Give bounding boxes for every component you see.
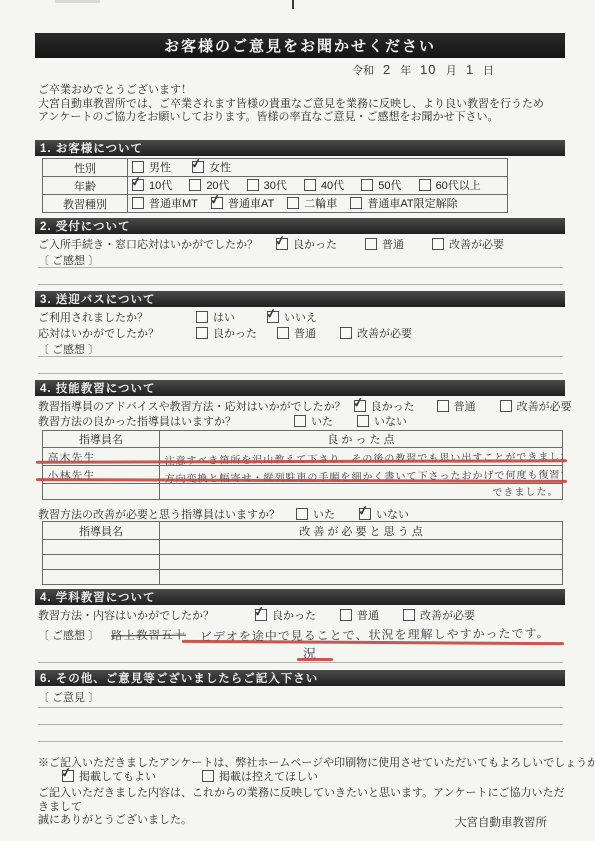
- checkbox-age-60s-plus[interactable]: 60代以上: [419, 177, 481, 193]
- option-label: 10代: [149, 177, 172, 193]
- lecture-question: 教習方法・内容はいかがでしたか？: [38, 607, 243, 623]
- checkbox-box: [132, 197, 144, 209]
- option-label: いいえ: [284, 309, 317, 325]
- checkbox-age-30s[interactable]: 30代: [247, 177, 287, 193]
- checkbox-at-limit-release[interactable]: 普通車AT限定解除: [350, 195, 457, 211]
- checkbox-box: [419, 179, 431, 191]
- checkbox-box: [62, 770, 74, 782]
- checkbox-bus-normal[interactable]: 普通: [277, 325, 316, 341]
- intro-line-3: アンケートのご協力をお願いしております。皆様の率直なご意見・ご感想をお聞かせ下さ…: [38, 111, 565, 125]
- skill-improve-question-row: 教習方法の改善が必要と思う指導員はいますか？ いた いない: [38, 506, 409, 522]
- checkbox-lecture-needs-improvement[interactable]: 改善が必要: [403, 607, 475, 623]
- checkbox-box: [296, 508, 308, 520]
- checkbox-box: [192, 161, 204, 173]
- checkbox-box: [359, 508, 371, 520]
- checkbox-bus-good[interactable]: 良かった: [196, 325, 257, 341]
- other-feedback-label: 〔 ご意見 〕: [38, 689, 99, 705]
- checkbox-box: [211, 197, 223, 209]
- intro-line-2: 大宮自動車教習所では、ご卒業されます皆様の貴重なご意見を業務に反映し、より良い教…: [38, 98, 565, 112]
- option-label: 改善が必要: [420, 607, 475, 623]
- checkbox-reception-good[interactable]: 良かった: [276, 236, 337, 252]
- checkbox-female[interactable]: 女性: [192, 159, 231, 175]
- scan-smudge: [55, 0, 100, 3]
- intro-paragraph: ご卒業おめでとうございます！ 大宮自動車教習所では、ご卒業されます皆様の貴重なご…: [38, 84, 565, 125]
- skill-advice-question: 教習指導員のアドバイスや教習方法・応対はいかがでしたか？: [38, 398, 346, 414]
- other-feedback-line-3[interactable]: [38, 741, 563, 742]
- checkbox-box: [196, 327, 208, 339]
- improve-point-empty-3[interactable]: [160, 570, 563, 585]
- improve-point-empty-1[interactable]: [160, 540, 563, 555]
- other-feedback-line-2[interactable]: [38, 724, 563, 725]
- option-label: 普通: [357, 607, 379, 623]
- improve-point-empty-2[interactable]: [160, 555, 563, 570]
- checkbox-box: [277, 327, 289, 339]
- checkbox-box: [294, 415, 306, 427]
- checkbox-box: [365, 238, 377, 250]
- reception-feedback-label: 〔 ご感想 〕: [38, 252, 99, 268]
- checkbox-age-50s[interactable]: 50代: [361, 177, 401, 193]
- option-label: 掲載してもよい: [79, 768, 156, 784]
- option-label: 男性: [149, 159, 171, 175]
- option-label: いた: [313, 506, 335, 522]
- option-label: 普通車AT: [228, 195, 274, 211]
- checkbox-box: [357, 415, 369, 427]
- bus-feedback-line-1[interactable]: [38, 356, 563, 357]
- intro-line-1: ご卒業おめでとうございます！: [38, 84, 565, 98]
- row-label-gender: 性別: [43, 159, 128, 177]
- option-label: 20代: [206, 177, 229, 193]
- option-label: いない: [374, 413, 407, 429]
- option-label: 女性: [209, 159, 231, 175]
- reception-question: ご入所手続き・窓口応対はいかがでしたか？: [38, 236, 258, 252]
- checkbox-box: [255, 609, 267, 621]
- option-label: 改善が必要: [449, 236, 504, 252]
- checkbox-box: [189, 179, 201, 191]
- option-label: 60代以上: [436, 177, 481, 193]
- reception-feedback-line-2[interactable]: [38, 284, 563, 285]
- scan-tick-mark: [292, 0, 294, 9]
- checkbox-box: [267, 311, 279, 323]
- checkbox-box: [437, 400, 449, 412]
- checkbox-publish-ok[interactable]: 掲載してもよい: [62, 768, 156, 784]
- section-customer-header: 1. お客様について: [35, 140, 565, 156]
- checkbox-publish-refrain[interactable]: 掲載は控えてほしい: [202, 768, 318, 784]
- checkbox-bus-no[interactable]: いいえ: [267, 309, 317, 325]
- checkbox-age-20s[interactable]: 20代: [189, 177, 229, 193]
- checkbox-box: [354, 400, 366, 412]
- option-label: 50代: [378, 177, 401, 193]
- section-reception-header: 2. 受付について: [35, 218, 565, 234]
- option-label: 普通: [382, 236, 404, 252]
- instructor-name-kobayashi[interactable]: 小林先生: [42, 465, 159, 484]
- option-label: 二輪車: [304, 195, 337, 211]
- option-label: 良かった: [272, 607, 316, 623]
- improve-name-empty-3[interactable]: [43, 570, 160, 585]
- option-label: 普通車MT: [149, 195, 198, 211]
- checkbox-skill-normal[interactable]: 普通: [437, 398, 476, 414]
- checkbox-box: [361, 179, 373, 191]
- option-label: 普通: [454, 398, 476, 414]
- date-year-unit: 年: [400, 62, 411, 78]
- checkbox-box: [247, 179, 259, 191]
- date-month-value: 10: [420, 62, 437, 78]
- checkbox-reception-normal[interactable]: 普通: [365, 236, 404, 252]
- col-header-instructor-name: 指導員名: [43, 522, 160, 540]
- checkbox-box: [350, 197, 362, 209]
- checkbox-box: [403, 609, 415, 621]
- skill-good-instructor-question: 教習方法の良かった指導員はいますか？: [38, 413, 286, 429]
- skill-improve-question: 教習方法の改善が必要と思う指導員はいますか？: [38, 506, 280, 522]
- date-year-value: 2: [383, 62, 392, 77]
- checkbox-bus-yes[interactable]: はい: [196, 309, 235, 325]
- checkbox-good-instructor-no[interactable]: いない: [357, 413, 407, 429]
- crossed-out-handwriting: 路上教習五十: [111, 626, 186, 643]
- checkbox-age-40s[interactable]: 40代: [304, 177, 344, 193]
- improve-name-empty-1[interactable]: [43, 540, 160, 555]
- checkbox-box: [276, 238, 288, 250]
- bus-service-question-row: 応対はいかがでしたか？ 良かった 普通 改善が必要: [38, 325, 412, 341]
- school-signature: 大宮自動車教習所: [455, 814, 547, 830]
- checkbox-box: [132, 161, 144, 173]
- section-bus-header: 3. 送迎バスについて: [35, 291, 565, 307]
- option-label: 改善が必要: [357, 325, 412, 341]
- checkbox-box: [432, 238, 444, 250]
- improve-instructor-table: 指導員名 改 善 が 必 要 と 思 う 点: [42, 521, 563, 585]
- checkbox-box: [287, 197, 299, 209]
- checkbox-box: [340, 327, 352, 339]
- date-day-value: 1: [465, 62, 474, 77]
- checkbox-car-at[interactable]: 普通車AT: [211, 195, 274, 211]
- option-label: 改善が必要: [517, 398, 572, 414]
- checkbox-lecture-good[interactable]: 良かった: [255, 607, 316, 623]
- checkbox-box: [132, 179, 144, 191]
- checkbox-box: [340, 609, 352, 621]
- page-title: お客様のご意見をお聞かせください: [35, 33, 565, 58]
- option-label: いた: [311, 413, 333, 429]
- section-lecture-header: 4. 学科教習について: [35, 589, 565, 605]
- checkbox-box: [196, 311, 208, 323]
- scanned-questionnaire-page: お客様のご意見をお聞かせください 令和 2 年 10 月 1 日 ご卒業おめでと…: [0, 0, 595, 841]
- bus-service-question: 応対はいかがでしたか？: [38, 325, 178, 341]
- reception-feedback-line-1[interactable]: [38, 267, 563, 268]
- section-other-header: 6. その他、ご意見等ございましたらご記入下さい: [35, 670, 565, 686]
- section-skill-header: 4. 技能教習について: [35, 380, 565, 396]
- option-label: 30代: [264, 177, 287, 193]
- customer-info-table: 性別 男性 女性 年齢 10代 20代 30代 40代 50代 60代以上 教習…: [42, 158, 508, 213]
- option-label: はい: [213, 309, 235, 325]
- checkbox-improve-instructor-no[interactable]: いない: [359, 506, 409, 522]
- lecture-feedback-line[interactable]: [38, 662, 563, 663]
- checkbox-age-10s[interactable]: 10代: [132, 177, 172, 193]
- reception-question-row: ご入所手続き・窓口応対はいかがでしたか？ 良かった 普通 改善が必要: [38, 236, 504, 252]
- col-header-instructor-name: 指導員名: [43, 431, 160, 448]
- checkbox-improve-instructor-yes[interactable]: いた: [296, 506, 335, 522]
- checkbox-skill-needs-improvement[interactable]: 改善が必要: [500, 398, 572, 414]
- option-label: 掲載は控えてほしい: [219, 768, 318, 784]
- option-label: 良かった: [371, 398, 415, 414]
- checkbox-reception-needs-improvement[interactable]: 改善が必要: [432, 236, 504, 252]
- checkbox-car-mt[interactable]: 普通車MT: [132, 195, 198, 211]
- date-month-unit: 月: [446, 62, 457, 78]
- bus-used-question-row: ご利用されましたか？ はい いいえ: [38, 309, 317, 325]
- option-label: 普通: [294, 325, 316, 341]
- checkbox-box: [500, 400, 512, 412]
- col-header-good-points: 良 か っ た 点: [160, 431, 563, 448]
- checkbox-male[interactable]: 男性: [132, 159, 171, 175]
- option-label: 普通車AT限定解除: [367, 195, 457, 211]
- option-label: 良かった: [213, 325, 257, 341]
- improve-name-empty-2[interactable]: [43, 555, 160, 570]
- bus-feedback-label: 〔 ご感想 〕: [38, 341, 99, 357]
- instructor-name-empty[interactable]: [43, 484, 160, 500]
- checkbox-bus-needs-improvement[interactable]: 改善が必要: [340, 325, 412, 341]
- lecture-question-row: 教習方法・内容はいかがでしたか？ 良かった 普通 改善が必要: [38, 607, 475, 623]
- good-instructor-table: 指導員名 良 か っ た 点 高木先生 注意すべき箇所を沢山教えて下さり、その後…: [42, 430, 563, 500]
- bus-used-question: ご利用されましたか？: [38, 309, 178, 325]
- row-label-age: 年齢: [43, 177, 128, 195]
- option-label: 40代: [321, 177, 344, 193]
- option-label: 良かった: [293, 236, 337, 252]
- date-day-unit: 日: [483, 62, 494, 78]
- red-underline-correction: [297, 658, 333, 661]
- checkbox-motorcycle[interactable]: 二輪車: [287, 195, 337, 211]
- row-label-course-type: 教習種別: [43, 195, 128, 213]
- option-label: いない: [376, 506, 409, 522]
- checkbox-skill-good[interactable]: 良かった: [354, 398, 415, 414]
- bus-feedback-line-2[interactable]: [38, 373, 563, 374]
- permission-options-row: 掲載してもよい 掲載は控えてほしい: [62, 768, 318, 784]
- instructor-name-takagi[interactable]: 高木先生: [42, 447, 159, 466]
- checkbox-good-instructor-yes[interactable]: いた: [294, 413, 333, 429]
- date-line: 令和 2 年 10 月 1 日: [352, 62, 494, 78]
- other-feedback-line-1[interactable]: [38, 707, 563, 708]
- closing-line-1: ご記入いただきました内容は、これからの業務に反映していきたいと思います。アンケー…: [38, 787, 565, 814]
- skill-good-instructor-question-row: 教習方法の良かった指導員はいますか？ いた いない: [38, 413, 407, 429]
- date-era-label: 令和: [352, 62, 374, 78]
- skill-advice-question-row: 教習指導員のアドバイスや教習方法・応対はいかがでしたか？ 良かった 普通 改善が…: [38, 398, 572, 414]
- checkbox-box: [202, 770, 214, 782]
- checkbox-lecture-normal[interactable]: 普通: [340, 607, 379, 623]
- lecture-feedback-label: 〔 ご感想 〕: [38, 627, 99, 643]
- checkbox-box: [304, 179, 316, 191]
- col-header-improve-points: 改 善 が 必 要 と 思 う 点: [160, 522, 563, 540]
